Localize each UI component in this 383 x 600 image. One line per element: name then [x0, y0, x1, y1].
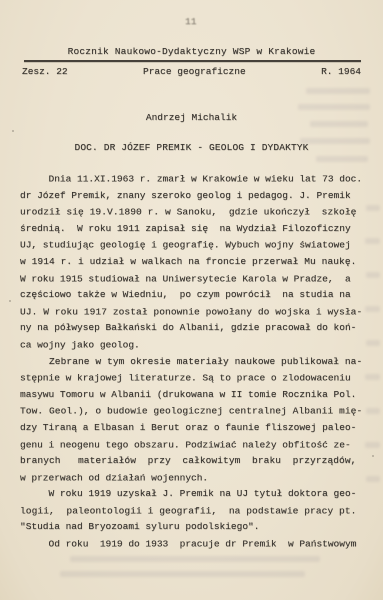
year-label: R. 1964 — [321, 66, 361, 77]
body-line: ca wojny jako geolog. — [20, 337, 365, 354]
body-line: W roku 1915 studiował na Uniwersytecie K… — [20, 271, 365, 288]
body-line: Zebrane w tym okresie materiały naukowe … — [20, 354, 365, 371]
body-line: genu i neogenu tego obszaru. Podziwiać n… — [20, 437, 365, 454]
body-line: Dnia 11.XI.1963 r. zmarł w Krakowie w wi… — [20, 171, 365, 188]
body-line: logii, paleontologii i geografii, na pod… — [20, 503, 365, 520]
body-line: częściowo także w Wiedniu, po czym powró… — [20, 287, 365, 304]
scanned-document-page: 11 Rocznik Naukowo-Dydaktyczny WSP w Kra… — [0, 0, 383, 600]
body-line: masywu Tomoru w Albanii (drukowana w II … — [20, 387, 365, 404]
header-meta-row: Zesz. 22 Prace geograficzne R. 1964 — [22, 66, 361, 77]
series-title: Prace geograficzne — [143, 66, 246, 77]
body-line: dzy Tiraną a Elbasan i Berut oraz o faun… — [20, 420, 365, 437]
body-line: dr Józef Premik, znany szeroko geolog i … — [20, 188, 365, 205]
body-line: Od roku 1919 do 1933 pracuje dr Premik w… — [20, 536, 365, 553]
body-line: Tow. Geol.), o budowie geologicznej cent… — [20, 404, 365, 421]
body-line: branych materiałów przy całkowitym braku… — [20, 453, 365, 470]
body-line: w przerwach od działań wojennych. — [20, 470, 365, 487]
body-line: W roku 1919 uzyskał J. Premik na UJ tytu… — [20, 486, 365, 503]
body-line: UJ, studiując geologię i geografię. Wybu… — [20, 238, 365, 255]
body-line: urodził się 19.V.1890 r. w Sanoku, gdzie… — [20, 204, 365, 221]
issue-number: Zesz. 22 — [22, 66, 68, 77]
body-line: średnią. W roku 1911 zapisał się na Wydz… — [20, 221, 365, 238]
body-line: stępnie w krajowej literaturze. Są to pr… — [20, 370, 365, 387]
body-line: "Studia nad Bryozoami syluru podolskiego… — [20, 519, 365, 536]
body-line: w 1914 r. i udział w walkach na froncie … — [20, 254, 365, 271]
journal-title: Rocznik Naukowo-Dydaktyczny WSP w Krakow… — [0, 46, 383, 57]
article-body: Dnia 11.XI.1963 r. zmarł w Krakowie w wi… — [20, 171, 365, 553]
body-line: UJ. W roku 1917 został ponownie powołany… — [20, 304, 365, 321]
body-line: ny na półwysep Bałkański do Albanii, gdz… — [20, 320, 365, 337]
ghost-page-number: 11 — [185, 16, 196, 27]
header-rule — [24, 60, 361, 62]
